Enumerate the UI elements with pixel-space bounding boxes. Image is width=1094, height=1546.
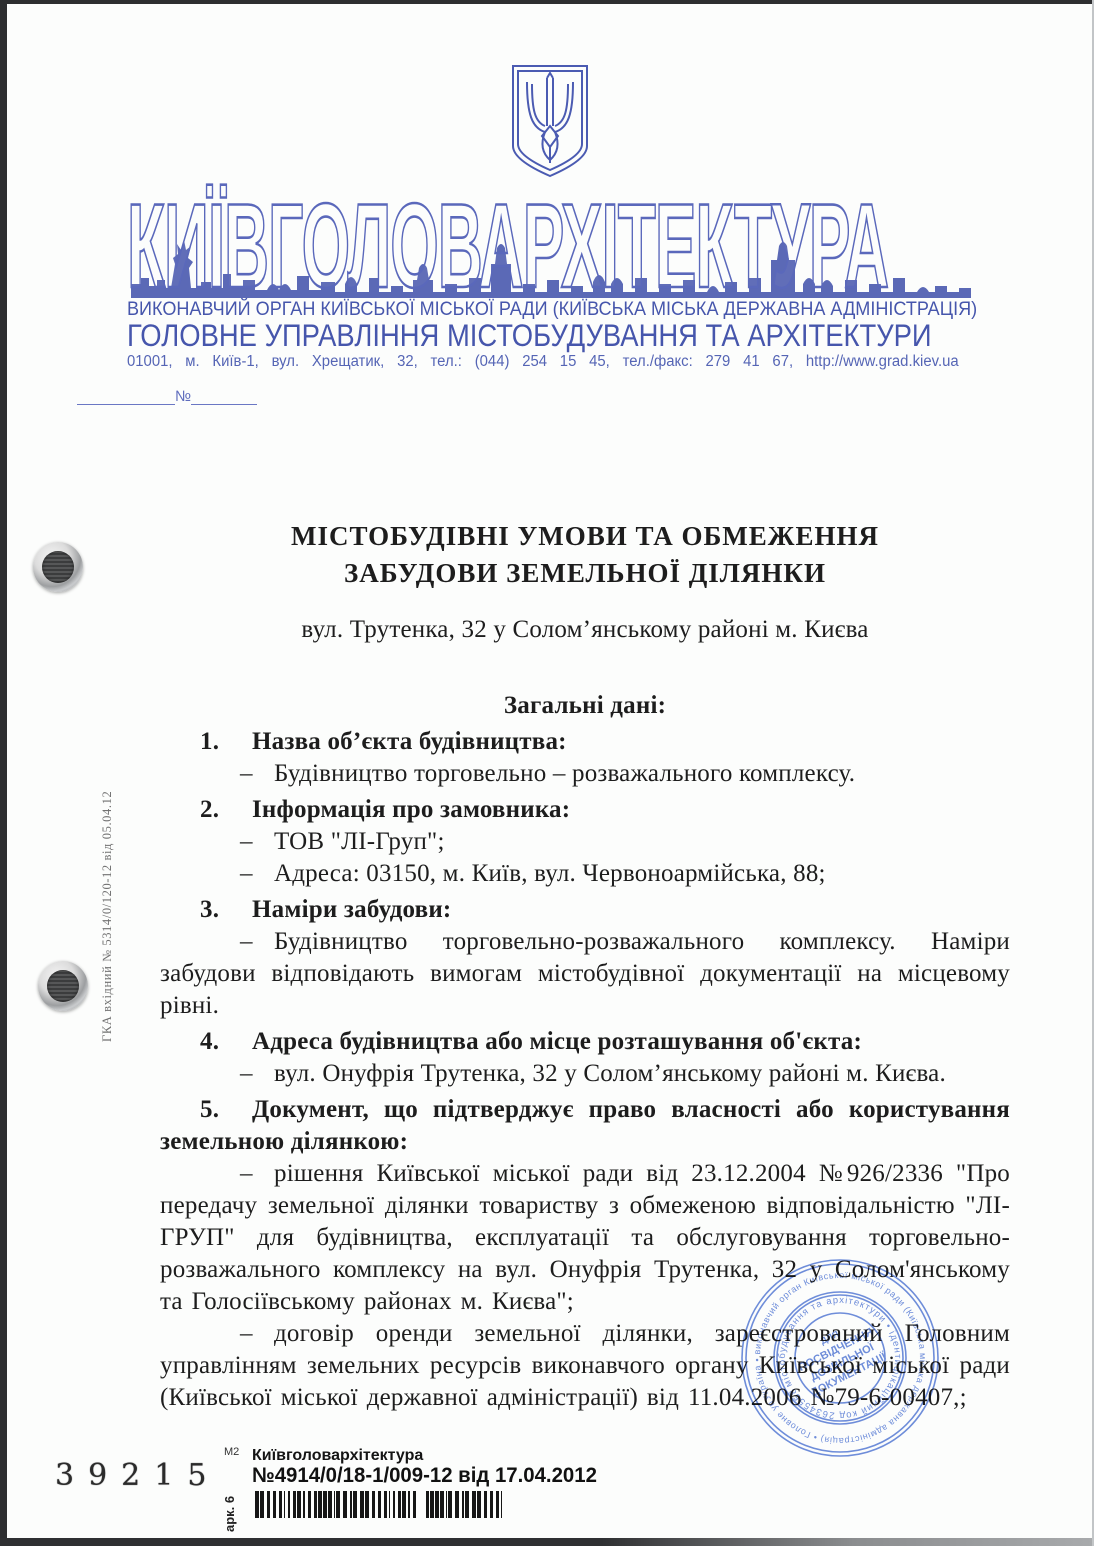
org-logotype-text: КИЇВГОЛОВАРХІТЕКТУРА [127, 186, 888, 306]
copy-mark: М2 [224, 1446, 239, 1458]
document-title: МІСТОБУДІВНІ УМОВИ ТА ОБМЕЖЕННЯ ЗАБУДОВИ… [160, 518, 1010, 592]
scan-edge-left [0, 0, 7, 1546]
footer-org-name: Київголовархітектура [252, 1447, 423, 1465]
sheet-count-label: арк. 6 [222, 1470, 237, 1532]
handstamped-registry-number: 39215 [55, 1458, 220, 1493]
item-1-heading: 1.Назва об’єкта будівництва: [160, 726, 1010, 758]
document-number-line: № [77, 383, 257, 405]
org-logotype: КИЇВГОЛОВАРХІТЕКТУРА [127, 186, 972, 306]
item-5-heading: 5.Документ, що підтверджує право власнос… [160, 1094, 1010, 1158]
number-blank-right [191, 384, 257, 405]
item-1-subitem: –Будівництво торговельно – розважального… [160, 758, 1010, 790]
footer-registration-number: №4914/0/18-1/009-12 від 17.04.2012 [252, 1464, 597, 1488]
item-4-subitem: –вул. Онуфрія Трутенка, 32 у Солом’янськ… [160, 1058, 1010, 1090]
item-2-heading: 2.Інформація про замовника: [160, 794, 1010, 826]
barcode [255, 1491, 507, 1518]
official-round-stamp: Україна • виконавчий орган Київської міс… [737, 1255, 943, 1461]
item-3-subitem: –Будівництво торговельно-розважального к… [160, 926, 1010, 1022]
scan-edge-bottom [0, 1538, 1094, 1546]
binder-eyelet-top [33, 542, 83, 592]
scan-edge-top [0, 0, 1094, 4]
section-heading: Загальні дані: [160, 690, 1010, 722]
item-2-subitem-1: –ТОВ "ЛІ-Груп"; [160, 826, 1010, 858]
binder-eyelet-bottom [38, 961, 88, 1011]
item-2-subitem-2: –Адреса: 03150, м. Київ, вул. Червоноарм… [160, 858, 1010, 890]
ukraine-trident-emblem-icon [505, 62, 595, 182]
department-name-line: ГОЛОВНЕ УПРАВЛІННЯ МІСТОБУДУВАННЯ ТА АРХ… [127, 317, 932, 354]
site-address-line: вул. Трутенка, 32 у Солом’янському район… [160, 614, 1010, 646]
item-4-heading: 4.Адреса будівництва або місце розташува… [160, 1026, 1010, 1058]
contact-info-line: 01001, м. Київ-1, вул. Хрещатик, 32, тел… [127, 353, 959, 371]
item-3-heading: 3.Наміри забудови: [160, 894, 1010, 926]
scanned-document-page: КИЇВГОЛОВАРХІТЕКТУРА ВИКОНАВЧИЙ ОРГАН КИ… [0, 0, 1094, 1546]
number-blank-left [77, 384, 175, 405]
incoming-stamp-vertical: ГКА вхідний № 5314/0/120-12 від 05.04.12 [100, 740, 115, 1042]
number-label: № [175, 388, 191, 405]
